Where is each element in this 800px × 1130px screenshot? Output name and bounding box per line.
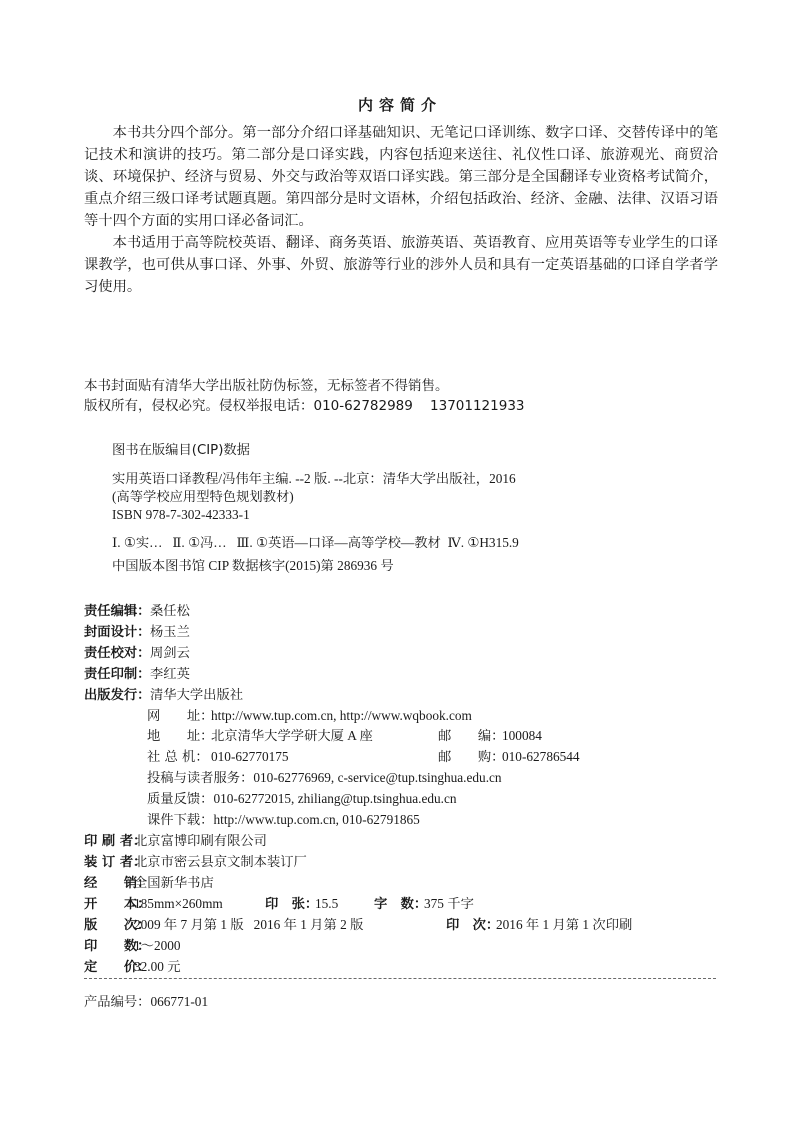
credit-value: 桑任松 — [150, 603, 190, 618]
download-label: 课件下载： — [147, 813, 213, 828]
cip-record: 中国版本图书馆 CIP 数据核字(2015)第 286936 号 — [112, 557, 394, 575]
binder-label: 装 订 者： — [84, 851, 134, 870]
words-row: 字 数：375 千字 — [374, 893, 474, 912]
postcode-label: 邮 编： — [438, 725, 502, 744]
price-label: 定 价： — [84, 956, 134, 975]
credit-proofreader: 责任校对：周剑云 — [84, 642, 190, 661]
postcode-value: 100084 — [502, 728, 542, 743]
credit-label: 封面设计： — [84, 621, 150, 640]
printer-label: 印 刷 者： — [84, 830, 134, 849]
credit-label: 责任编辑： — [84, 600, 150, 619]
mailorder-value: 010-62786544 — [502, 749, 580, 764]
website-value: http://www.tup.com.cn, http://www.wqbook… — [211, 708, 472, 723]
address-label: 地 址： — [147, 725, 211, 744]
dashed-divider — [84, 978, 716, 979]
intro-paragraph: 本书共分四个部分。第一部分介绍口译基础知识、无笔记口译训练、数字口译、交替传译中… — [84, 122, 718, 232]
publisher-download: 课件下载：http://www.tup.com.cn, 010-62791865 — [147, 809, 420, 828]
cip-entry: 实用英语口译教程/冯伟年主编. --2 版. --北京：清华大学出版社，2016 — [112, 470, 516, 488]
binder-value: 北京市密云县京文制本装订厂 — [134, 855, 307, 870]
price-row: 定 价：32.00 元 — [84, 956, 181, 975]
sheets-label: 印 张： — [265, 893, 315, 912]
sheets-row: 印 张：15.5 — [265, 893, 338, 912]
switchboard-label: 社 总 机： — [147, 746, 211, 765]
publisher-switchboard: 社 总 机：010-62770175 — [147, 746, 289, 765]
credit-value: 杨玉兰 — [150, 624, 190, 639]
cip-series: (高等学校应用型特色规划教材) — [112, 488, 294, 506]
product-code-row: 产品编号：066771-01 — [84, 991, 208, 1010]
format-value: 185mm×260mm — [134, 896, 223, 911]
credit-cover-design: 封面设计：杨玉兰 — [84, 621, 190, 640]
publisher-mailorder: 邮 购：010-62786544 — [438, 746, 580, 765]
service-value: 010-62776969, c-service@tup.tsinghua.edu… — [253, 770, 501, 785]
copies-label: 印 数： — [84, 935, 134, 954]
credit-editor: 责任编辑：桑任松 — [84, 600, 190, 619]
copies-value: 1～2000 — [134, 938, 181, 953]
cip-classification: Ⅰ. ①实… Ⅱ. ①冯… Ⅲ. ①英语—口译—高等学校—教材 Ⅳ. ①H315… — [112, 534, 519, 552]
feedback-value: 010-62772015, zhiliang@tup.tsinghua.edu.… — [213, 791, 456, 806]
switchboard-value: 010-62770175 — [211, 749, 289, 764]
anti-counterfeit-notice: 本书封面贴有清华大学出版社防伪标签，无标签者不得销售。 — [84, 374, 449, 394]
product-code-value: 066771-01 — [150, 994, 208, 1009]
website-label: 网 址： — [147, 705, 211, 724]
page-title: 内容简介 — [0, 94, 800, 115]
printer-row: 印 刷 者：北京富博印刷有限公司 — [84, 830, 267, 849]
intro-section: 本书共分四个部分。第一部分介绍口译基础知识、无笔记口译训练、数字口译、交替传译中… — [84, 122, 718, 298]
mailorder-label: 邮 购： — [438, 746, 502, 765]
credit-value: 李红英 — [150, 666, 190, 681]
format-label: 开 本： — [84, 893, 134, 912]
sheets-value: 15.5 — [315, 896, 338, 911]
credit-label: 出版发行： — [84, 684, 150, 703]
credit-publisher: 出版发行：清华大学出版社 — [84, 684, 243, 703]
intro-paragraph: 本书适用于高等院校英语、翻译、商务英语、旅游英语、英语教育、应用英语等专业学生的… — [84, 232, 718, 298]
service-label: 投稿与读者服务： — [147, 771, 253, 786]
printing-label: 印 次： — [446, 914, 496, 933]
price-value: 32.00 元 — [134, 959, 181, 974]
edition-row: 版 次：2009 年 7 月第 1 版 2016 年 1 月第 2 版 — [84, 914, 363, 933]
publisher-postcode: 邮 编：100084 — [438, 725, 542, 744]
format-row: 开 本：185mm×260mm — [84, 893, 223, 912]
publisher-feedback: 质量反馈：010-62772015, zhiliang@tup.tsinghua… — [147, 788, 457, 807]
distributor-row: 经 销：全国新华书店 — [84, 872, 214, 891]
credit-value: 周剑云 — [150, 645, 190, 660]
distributor-value: 全国新华书店 — [134, 876, 214, 891]
product-code-label: 产品编号： — [84, 995, 150, 1010]
feedback-label: 质量反馈： — [147, 792, 213, 807]
printing-row: 印 次：2016 年 1 月第 1 次印刷 — [446, 914, 632, 933]
credit-label: 责任校对： — [84, 642, 150, 661]
binder-row: 装 订 者：北京市密云县京文制本装订厂 — [84, 851, 307, 870]
copyright-notice: 版权所有，侵权必究。侵权举报电话：010-62782989 1370112193… — [84, 394, 525, 414]
cip-isbn: ISBN 978-7-302-42333-1 — [112, 506, 250, 524]
distributor-label: 经 销： — [84, 872, 134, 891]
publisher-website: 网 址：http://www.tup.com.cn, http://www.wq… — [147, 705, 472, 724]
printer-value: 北京富博印刷有限公司 — [134, 834, 267, 849]
edition-value: 2009 年 7 月第 1 版 2016 年 1 月第 2 版 — [134, 917, 363, 932]
words-label: 字 数： — [374, 893, 424, 912]
words-value: 375 千字 — [424, 896, 474, 911]
credit-label: 责任印制： — [84, 663, 150, 682]
credit-printing-supervisor: 责任印制：李红英 — [84, 663, 190, 682]
publisher-address: 地 址：北京清华大学学研大厦 A 座 — [147, 725, 373, 744]
credit-value: 清华大学出版社 — [150, 687, 243, 702]
download-value: http://www.tup.com.cn, 010-62791865 — [213, 812, 419, 827]
address-value: 北京清华大学学研大厦 A 座 — [211, 728, 373, 743]
publisher-service: 投稿与读者服务：010-62776969, c-service@tup.tsin… — [147, 767, 502, 786]
edition-label: 版 次： — [84, 914, 134, 933]
cip-title: 图书在版编目(CIP)数据 — [112, 442, 250, 460]
copies-row: 印 数：1～2000 — [84, 935, 181, 954]
printing-value: 2016 年 1 月第 1 次印刷 — [496, 917, 632, 932]
